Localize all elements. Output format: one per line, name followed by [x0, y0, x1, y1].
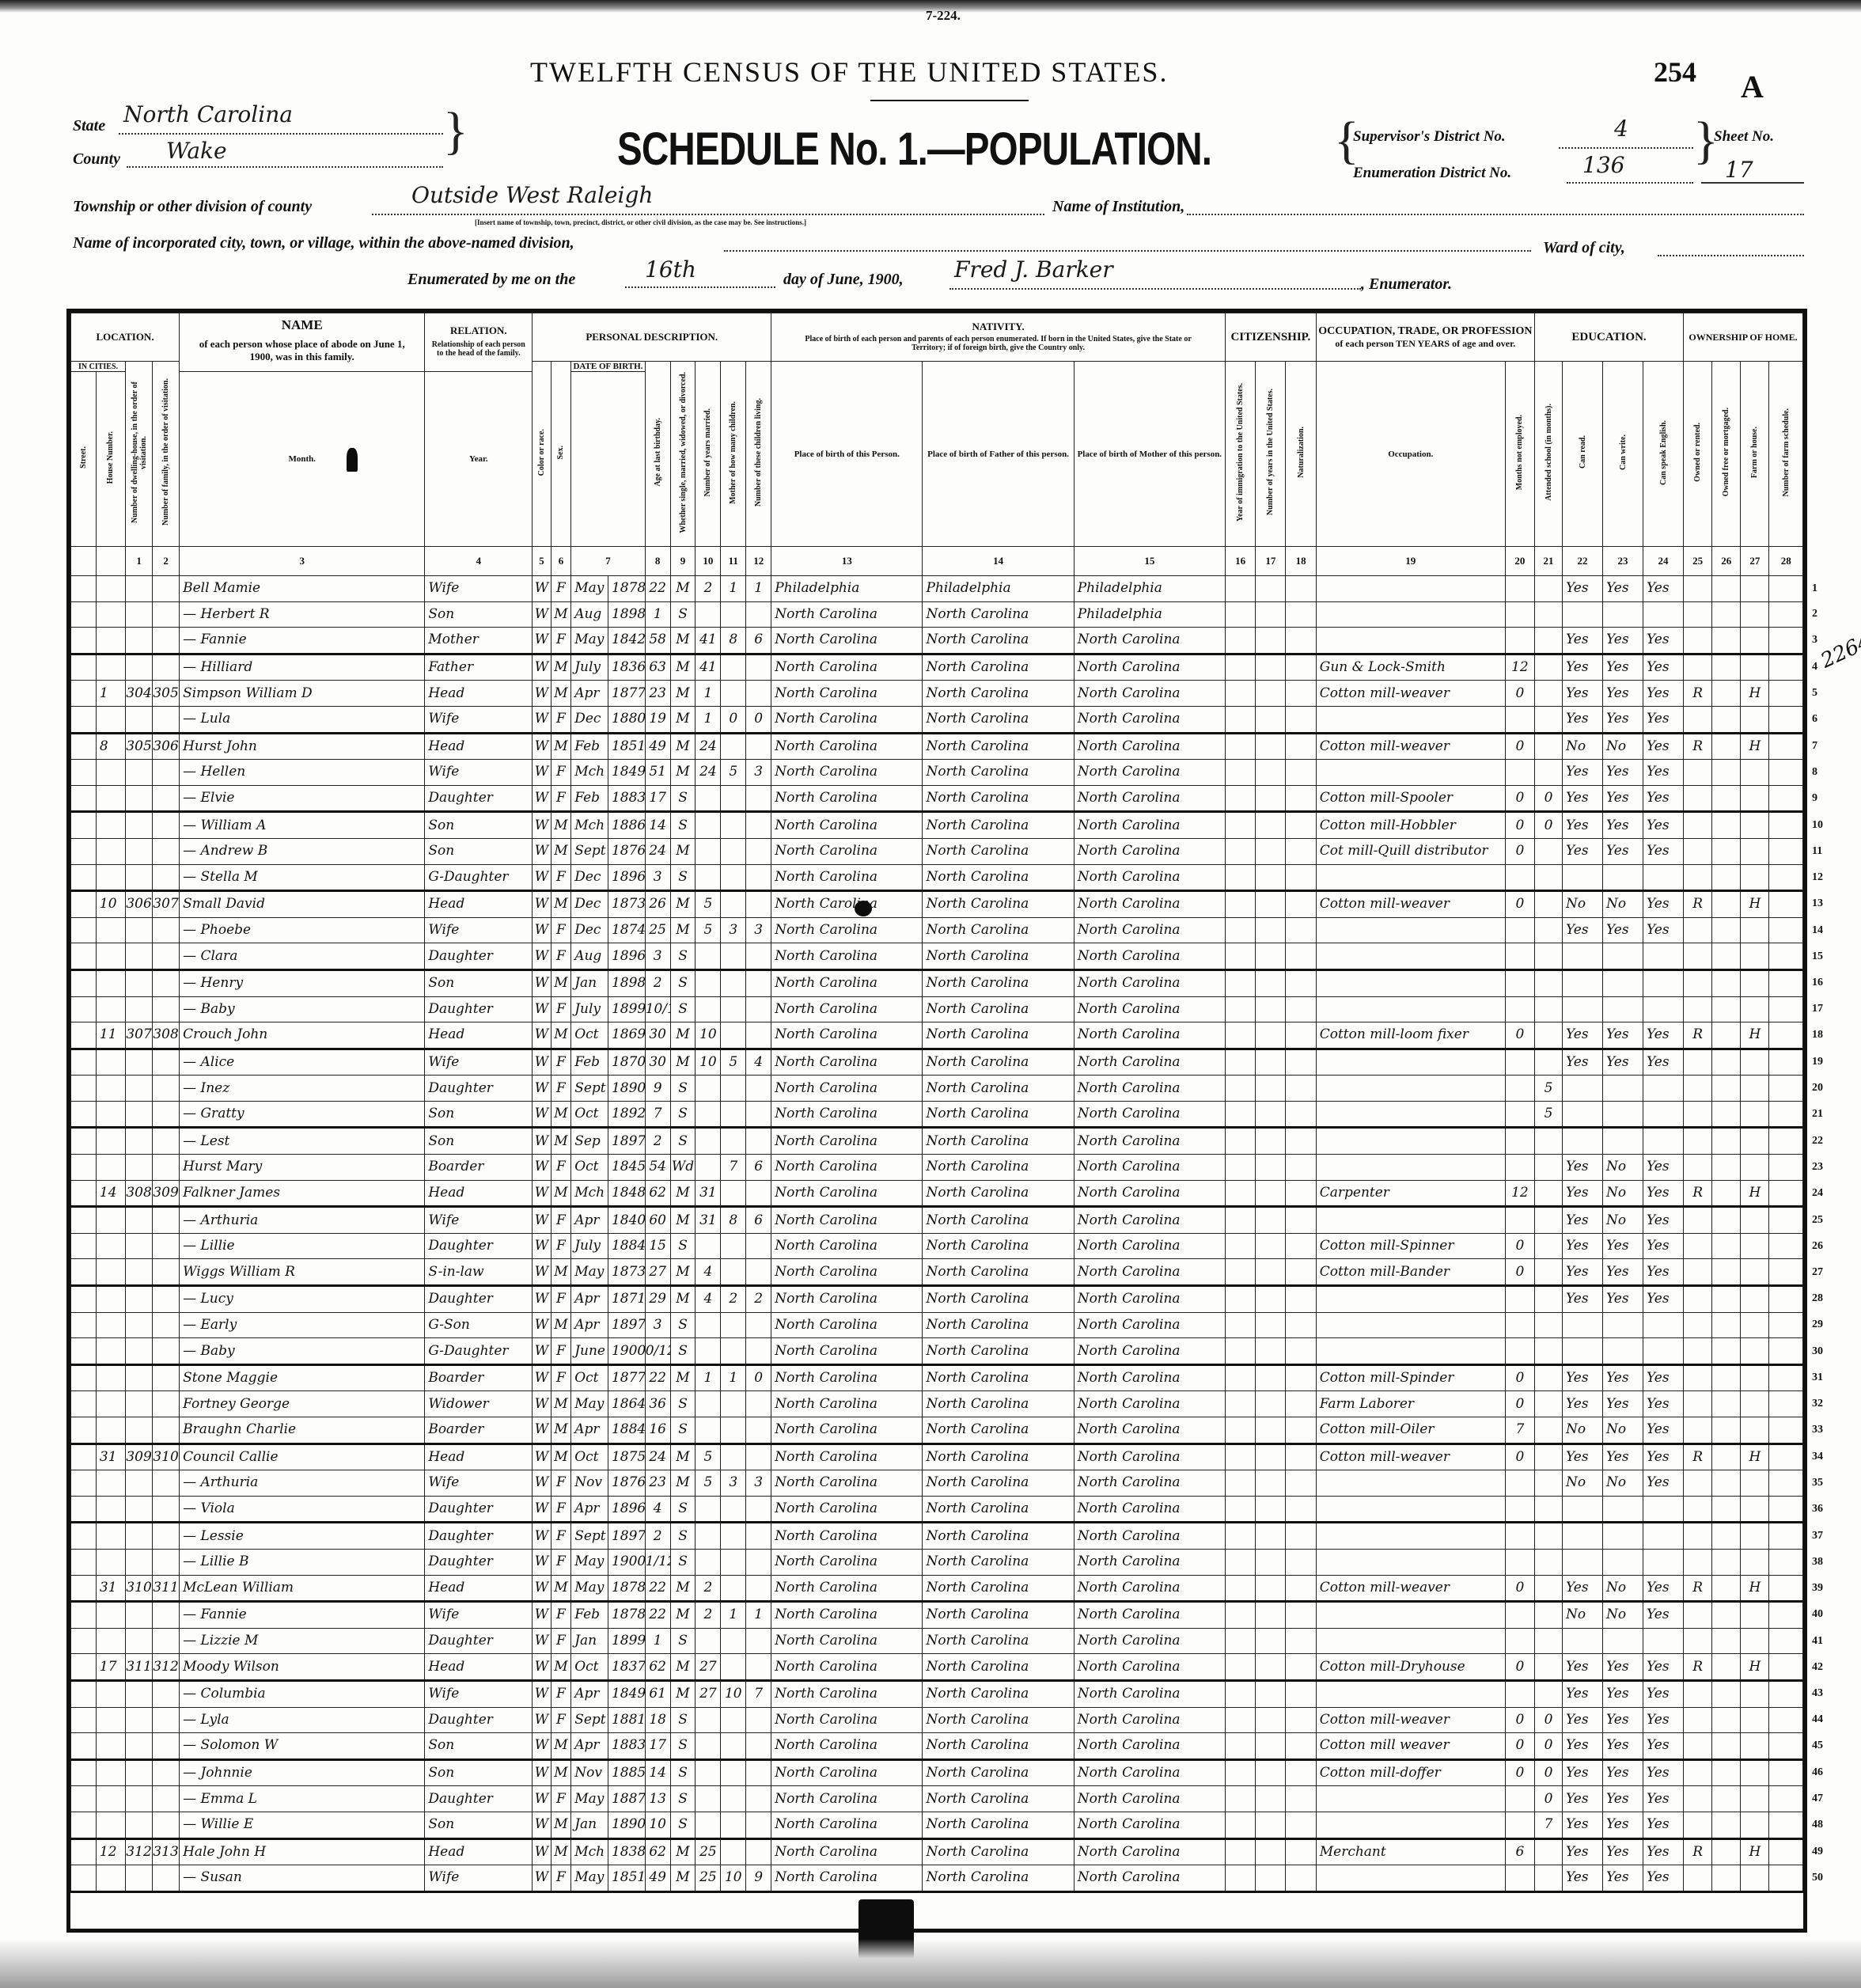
children-living-cell [746, 1759, 771, 1786]
free-mortgaged-cell [1712, 785, 1741, 812]
house-number-cell: 12 [96, 1838, 125, 1865]
color-cell: W [533, 1523, 551, 1550]
header-name: NAME of each person whose place of abode… [180, 313, 425, 372]
birth-month-cell: Oct [571, 1155, 608, 1181]
children-living-cell [746, 1838, 771, 1865]
person-name-cell: — Fannie [180, 628, 425, 654]
can-read-cell [1563, 601, 1603, 628]
age-cell: 30 [645, 1049, 670, 1076]
house-number-cell [96, 628, 125, 654]
line-number: 21 [1812, 1108, 1823, 1121]
immigration-year-cell [1225, 1364, 1255, 1391]
free-mortgaged-cell [1712, 1496, 1741, 1523]
county-value: Wake [166, 138, 227, 164]
owned-rented-cell [1684, 1101, 1712, 1128]
street-cell [71, 1128, 97, 1155]
house-number-cell [96, 1733, 125, 1760]
line-number: 11 [1812, 845, 1822, 858]
line-number: 36 [1812, 1503, 1823, 1516]
person-name-cell: — Lest [180, 1128, 425, 1155]
months-not-employed-cell: 12 [1505, 654, 1534, 681]
children-living-cell: 3 [746, 917, 771, 943]
years-in-us-cell [1256, 1444, 1286, 1470]
birth-month-cell: July [571, 996, 608, 1022]
mother-birthplace-cell: North Carolina [1074, 1049, 1225, 1076]
mother-birthplace-cell: North Carolina [1074, 1575, 1225, 1602]
birth-month-cell: Sept [571, 1707, 608, 1733]
house-number-cell [96, 1417, 125, 1444]
months-not-employed-cell [1505, 1207, 1534, 1234]
naturalization-cell [1286, 1628, 1316, 1654]
free-mortgaged-cell [1712, 654, 1741, 681]
table-row: — LulaWifeWFDec188019M100North CarolinaN… [71, 706, 1803, 733]
birth-year-cell: 1851 [608, 1865, 645, 1892]
can-read-cell: Yes [1563, 1286, 1603, 1313]
farm-schedule-cell [1769, 1549, 1803, 1575]
birth-month-cell: Oct [571, 1654, 608, 1681]
owned-rented-cell [1684, 1680, 1712, 1707]
free-mortgaged-cell [1712, 943, 1741, 970]
farm-house-cell [1741, 812, 1769, 839]
can-write-cell [1603, 601, 1643, 628]
can-speak-english-cell: Yes [1643, 1680, 1684, 1707]
color-cell: W [533, 1022, 551, 1049]
immigration-year-cell [1225, 1207, 1255, 1234]
farm-schedule-cell [1769, 1759, 1803, 1786]
children-living-cell [746, 943, 771, 970]
farm-schedule-cell [1769, 1022, 1803, 1049]
immigration-year-cell [1225, 1155, 1255, 1181]
years-in-us-cell [1256, 1707, 1286, 1733]
can-read-cell: Yes [1563, 1812, 1603, 1838]
table-row: 1304305Simpson William DHeadWMApr187723M… [71, 681, 1803, 707]
dwelling-number-cell [126, 1812, 153, 1838]
colnum-12: 12 [746, 547, 771, 576]
farm-house-cell: H [1741, 891, 1769, 918]
free-mortgaged-cell [1712, 1259, 1741, 1286]
birthplace-cell: North Carolina [771, 1680, 923, 1707]
header-children-living: Number of these children living. [746, 362, 771, 547]
attended-school-cell [1534, 1207, 1562, 1234]
birth-year-cell: 1896 [608, 943, 645, 970]
header-farm-schedule: Number of farm schedule. [1769, 362, 1803, 547]
months-not-employed-cell: 0 [1505, 1575, 1534, 1602]
naturalization-cell [1286, 1575, 1316, 1602]
can-speak-english-cell: Yes [1643, 1180, 1684, 1207]
person-name-cell: Small David [180, 891, 425, 918]
color-cell: W [533, 1812, 551, 1838]
free-mortgaged-cell [1712, 1233, 1741, 1259]
birth-year-cell: 1877 [608, 1364, 645, 1391]
color-cell: W [533, 654, 551, 681]
free-mortgaged-cell [1712, 733, 1741, 760]
occupation-cell [1316, 1496, 1505, 1523]
months-not-employed-cell: 0 [1505, 1733, 1534, 1760]
sex-cell: M [551, 969, 571, 996]
ward-field-line [1658, 255, 1804, 256]
mother-birthplace-cell: North Carolina [1074, 996, 1225, 1022]
line-number: 40 [1812, 1608, 1823, 1621]
immigration-year-cell [1225, 1838, 1255, 1865]
can-write-cell: No [1603, 1470, 1643, 1497]
line-number: 34 [1812, 1451, 1823, 1463]
years-married-cell: 1 [696, 1364, 721, 1391]
mother-of-cell [721, 1417, 746, 1444]
can-read-cell: Yes [1563, 838, 1603, 864]
header-months-not-employed: Months not employed. [1505, 362, 1534, 547]
census-table: LOCATION. NAME of each person whose plac… [70, 313, 1803, 1893]
free-mortgaged-cell [1712, 681, 1741, 707]
line-number: 5 [1812, 687, 1817, 700]
farm-schedule-cell [1769, 1786, 1803, 1812]
can-speak-english-cell: Yes [1643, 1733, 1684, 1760]
color-cell: W [533, 785, 551, 812]
color-cell: W [533, 1233, 551, 1259]
attended-school-cell [1534, 760, 1562, 786]
mother-birthplace-cell: North Carolina [1074, 654, 1225, 681]
father-birthplace-cell: North Carolina [923, 601, 1074, 628]
dwelling-number-cell [126, 1233, 153, 1259]
naturalization-cell [1286, 576, 1316, 602]
birth-month-cell: May [571, 1391, 608, 1417]
family-number-cell [153, 628, 180, 654]
occupation-cell [1316, 1812, 1505, 1838]
immigration-year-cell [1225, 785, 1255, 812]
birth-month-cell: May [571, 1549, 608, 1575]
immigration-year-cell [1225, 1417, 1255, 1444]
house-number-cell [96, 601, 125, 628]
attended-school-cell [1534, 628, 1562, 654]
months-not-employed-cell [1505, 1680, 1534, 1707]
relation-cell: Head [425, 1838, 533, 1865]
birth-year-cell: 1900 [608, 1338, 645, 1365]
mother-of-cell [721, 1312, 746, 1338]
can-read-cell: Yes [1563, 1391, 1603, 1417]
line-number: 3 [1812, 634, 1817, 647]
color-cell: W [533, 1707, 551, 1733]
farm-schedule-cell [1769, 1707, 1803, 1733]
years-married-cell [696, 1733, 721, 1760]
occupation-cell [1316, 1470, 1505, 1497]
can-speak-english-cell: Yes [1643, 1022, 1684, 1049]
immigration-year-cell [1225, 1128, 1255, 1155]
birthplace-cell: North Carolina [771, 891, 923, 918]
dwelling-number-cell [126, 1338, 153, 1365]
can-speak-english-cell [1643, 1496, 1684, 1523]
years-in-us-cell [1256, 1076, 1286, 1102]
immigration-year-cell [1225, 576, 1255, 602]
years-married-cell [696, 996, 721, 1022]
can-read-cell [1563, 1128, 1603, 1155]
birth-month-cell: May [571, 1575, 608, 1602]
free-mortgaged-cell [1712, 1865, 1741, 1892]
years-married-cell [696, 864, 721, 891]
birthplace-cell: North Carolina [771, 1733, 923, 1760]
owned-rented-cell [1684, 917, 1712, 943]
farm-schedule-cell [1769, 1101, 1803, 1128]
person-name-cell: — Baby [180, 1338, 425, 1365]
naturalization-cell [1286, 1049, 1316, 1076]
street-cell [71, 812, 97, 839]
supervisor-district-value: 4 [1614, 116, 1628, 142]
months-not-employed-cell: 0 [1505, 733, 1534, 760]
line-number: 42 [1812, 1661, 1823, 1674]
attended-school-cell: 7 [1534, 1812, 1562, 1838]
farm-schedule-cell [1769, 1628, 1803, 1654]
birthplace-cell: North Carolina [771, 1575, 923, 1602]
farm-house-cell: H [1741, 1444, 1769, 1470]
birthplace-cell: North Carolina [771, 1470, 923, 1497]
birth-month-cell: Feb [571, 1049, 608, 1076]
dwelling-number-cell [126, 1364, 153, 1391]
can-speak-english-cell: Yes [1643, 1049, 1684, 1076]
relation-cell: G-Daughter [425, 864, 533, 891]
house-number-cell: 8 [96, 733, 125, 760]
color-cell: W [533, 628, 551, 654]
birth-month-cell: Oct [571, 1022, 608, 1049]
father-birthplace-cell: North Carolina [923, 1838, 1074, 1865]
can-read-cell: Yes [1563, 917, 1603, 943]
years-in-us-cell [1256, 1549, 1286, 1575]
marital-status-cell: S [670, 1733, 696, 1760]
attended-school-cell [1534, 864, 1562, 891]
free-mortgaged-cell [1712, 1680, 1741, 1707]
months-not-employed-cell: 0 [1505, 1364, 1534, 1391]
children-living-cell: 4 [746, 1049, 771, 1076]
birthplace-cell: North Carolina [771, 1391, 923, 1417]
free-mortgaged-cell [1712, 917, 1741, 943]
birth-month-cell: Oct [571, 1364, 608, 1391]
farm-house-cell [1741, 1865, 1769, 1892]
farm-schedule-cell [1769, 996, 1803, 1022]
colnum-house [96, 547, 125, 576]
years-married-cell [696, 1786, 721, 1812]
family-number-cell: 306 [153, 733, 180, 760]
immigration-year-cell [1225, 1049, 1255, 1076]
marital-status-cell: S [670, 812, 696, 839]
schedule-title: SCHEDULE No. 1.—POPULATION. [617, 123, 1211, 176]
line-number: 22 [1812, 1135, 1823, 1148]
years-in-us-cell [1256, 1865, 1286, 1892]
header-nativity: NATIVITY. Place of birth of each person … [771, 313, 1226, 362]
father-birthplace-cell: North Carolina [923, 1364, 1074, 1391]
family-number-cell: 305 [153, 681, 180, 707]
can-read-cell [1563, 943, 1603, 970]
institution-label: Name of Institution, [1052, 198, 1184, 216]
birth-year-cell: 1842 [608, 628, 645, 654]
can-write-cell: No [1603, 1417, 1643, 1444]
line-number: 35 [1812, 1477, 1823, 1489]
attended-school-cell [1534, 1312, 1562, 1338]
birthplace-cell: North Carolina [771, 785, 923, 812]
farm-house-cell [1741, 1786, 1769, 1812]
mother-birthplace-cell: North Carolina [1074, 1022, 1225, 1049]
age-cell: 60 [645, 1207, 670, 1234]
age-cell: 13 [645, 1786, 670, 1812]
line-number: 16 [1812, 977, 1823, 989]
relation-cell: Widower [425, 1391, 533, 1417]
sex-cell: F [551, 1364, 571, 1391]
can-write-cell [1603, 864, 1643, 891]
birth-month-cell: July [571, 654, 608, 681]
occupation-cell [1316, 1155, 1505, 1181]
farm-house-cell [1741, 838, 1769, 864]
supervisor-district-label: Supervisor's District No. [1353, 128, 1506, 146]
relation-cell: G-Daughter [425, 1338, 533, 1365]
years-in-us-cell [1256, 654, 1286, 681]
enumerator-label: , Enumerator. [1361, 275, 1452, 294]
mother-of-cell [721, 1180, 746, 1207]
can-speak-english-cell: Yes [1643, 1155, 1684, 1181]
birthplace-cell: North Carolina [771, 838, 923, 864]
table-row: — BabyDaughterWFJuly189910/12SNorth Caro… [71, 996, 1803, 1022]
attended-school-cell [1534, 1470, 1562, 1497]
birth-year-cell: 1848 [608, 1180, 645, 1207]
owned-rented-cell [1684, 1549, 1712, 1575]
birthplace-cell: North Carolina [771, 996, 923, 1022]
occupation-cell: Gun & Lock-Smith [1316, 654, 1505, 681]
years-married-cell [696, 1628, 721, 1654]
years-married-cell: 24 [696, 733, 721, 760]
owned-rented-cell [1684, 1865, 1712, 1892]
years-in-us-cell [1256, 1523, 1286, 1550]
color-cell: W [533, 1049, 551, 1076]
owned-rented-cell [1684, 838, 1712, 864]
immigration-year-cell [1225, 864, 1255, 891]
birthplace-cell: North Carolina [771, 1180, 923, 1207]
family-number-cell [153, 1812, 180, 1838]
father-birthplace-cell: North Carolina [923, 864, 1074, 891]
colnum-26: 26 [1712, 547, 1741, 576]
mother-birthplace-cell: North Carolina [1074, 1786, 1225, 1812]
immigration-year-cell [1225, 1812, 1255, 1838]
person-name-cell: — Baby [180, 996, 425, 1022]
age-cell: 22 [645, 1575, 670, 1602]
father-birthplace-cell: North Carolina [923, 1128, 1074, 1155]
mother-of-cell: 7 [721, 1155, 746, 1181]
table-row: — LucyDaughterWFApr187129M422North Carol… [71, 1286, 1803, 1313]
birth-year-cell: 1875 [608, 1444, 645, 1470]
table-row: — Andrew BSonWMSept187624MNorth Carolina… [71, 838, 1803, 864]
attended-school-cell: 0 [1534, 1707, 1562, 1733]
can-write-cell: No [1603, 1180, 1643, 1207]
colnum-11: 11 [721, 547, 746, 576]
relation-cell: Daughter [425, 1628, 533, 1654]
sex-cell: M [551, 1575, 571, 1602]
family-number-cell: 312 [153, 1654, 180, 1681]
age-cell: 24 [645, 838, 670, 864]
owned-rented-cell [1684, 1207, 1712, 1234]
years-married-cell: 5 [696, 891, 721, 918]
attended-school-cell [1534, 1391, 1562, 1417]
free-mortgaged-cell [1712, 1364, 1741, 1391]
can-read-cell [1563, 1628, 1603, 1654]
street-cell [71, 785, 97, 812]
can-speak-english-cell [1643, 1101, 1684, 1128]
birth-month-cell: Sept [571, 1523, 608, 1550]
can-write-cell: Yes [1603, 1233, 1643, 1259]
birth-month-cell: Mch [571, 1180, 608, 1207]
birthplace-cell: North Carolina [771, 1128, 923, 1155]
farm-house-cell [1741, 1312, 1769, 1338]
naturalization-cell [1286, 1759, 1316, 1786]
street-cell [71, 1417, 97, 1444]
can-write-cell [1603, 1128, 1643, 1155]
sex-cell: F [551, 917, 571, 943]
naturalization-cell [1286, 969, 1316, 996]
children-living-cell [746, 1101, 771, 1128]
line-number: 6 [1812, 713, 1817, 726]
can-write-cell [1603, 943, 1643, 970]
can-read-cell: Yes [1563, 1022, 1603, 1049]
immigration-year-cell [1225, 1680, 1255, 1707]
relation-cell: Boarder [425, 1364, 533, 1391]
person-name-cell: — Susan [180, 1865, 425, 1892]
can-speak-english-cell: Yes [1643, 891, 1684, 918]
sex-cell: M [551, 1259, 571, 1286]
relation-cell: Son [425, 1812, 533, 1838]
color-cell: W [533, 1680, 551, 1707]
mother-birthplace-cell: North Carolina [1074, 1155, 1225, 1181]
farm-schedule-cell [1769, 576, 1803, 602]
months-not-employed-cell: 7 [1505, 1417, 1534, 1444]
birthplace-cell: North Carolina [771, 1259, 923, 1286]
line-number: 38 [1812, 1556, 1823, 1569]
months-not-employed-cell: 0 [1505, 1707, 1534, 1733]
years-in-us-cell [1256, 1391, 1286, 1417]
header-can-speak-english: Can speak English. [1643, 362, 1684, 547]
marital-status-cell: M [670, 1654, 696, 1681]
mother-of-cell [721, 1076, 746, 1102]
enumeration-district-label: Enumeration District No. [1353, 165, 1511, 182]
attended-school-cell [1534, 1444, 1562, 1470]
marital-status-cell: S [670, 601, 696, 628]
relation-cell: G-Son [425, 1312, 533, 1338]
street-cell [71, 891, 97, 918]
birth-month-cell: Apr [571, 1417, 608, 1444]
can-read-cell [1563, 1338, 1603, 1365]
can-write-cell [1603, 1496, 1643, 1523]
free-mortgaged-cell [1712, 838, 1741, 864]
person-name-cell: — Early [180, 1312, 425, 1338]
birth-year-cell: 1883 [608, 1733, 645, 1760]
age-cell: 17 [645, 785, 670, 812]
mother-of-cell [721, 996, 746, 1022]
marital-status-cell: M [670, 760, 696, 786]
street-cell [71, 1049, 97, 1076]
color-cell: W [533, 1496, 551, 1523]
person-name-cell: — Lessie [180, 1523, 425, 1550]
immigration-year-cell [1225, 812, 1255, 839]
immigration-year-cell [1225, 1444, 1255, 1470]
colnum-24: 24 [1643, 547, 1684, 576]
colnum-23: 23 [1603, 547, 1643, 576]
colnum-6: 6 [551, 547, 571, 576]
person-name-cell: — Viola [180, 1496, 425, 1523]
house-number-cell [96, 1812, 125, 1838]
header-years-married: Number of years married. [696, 362, 721, 547]
farm-schedule-cell [1769, 1128, 1803, 1155]
supervisor-district-line [1559, 147, 1693, 149]
family-number-cell [153, 1286, 180, 1313]
free-mortgaged-cell [1712, 1733, 1741, 1760]
header-location: LOCATION. [71, 313, 180, 362]
can-read-cell [1563, 864, 1603, 891]
line-number: 9 [1812, 792, 1817, 805]
marital-status-cell: S [670, 1076, 696, 1102]
years-married-cell: 1 [696, 681, 721, 707]
sex-cell: M [551, 681, 571, 707]
